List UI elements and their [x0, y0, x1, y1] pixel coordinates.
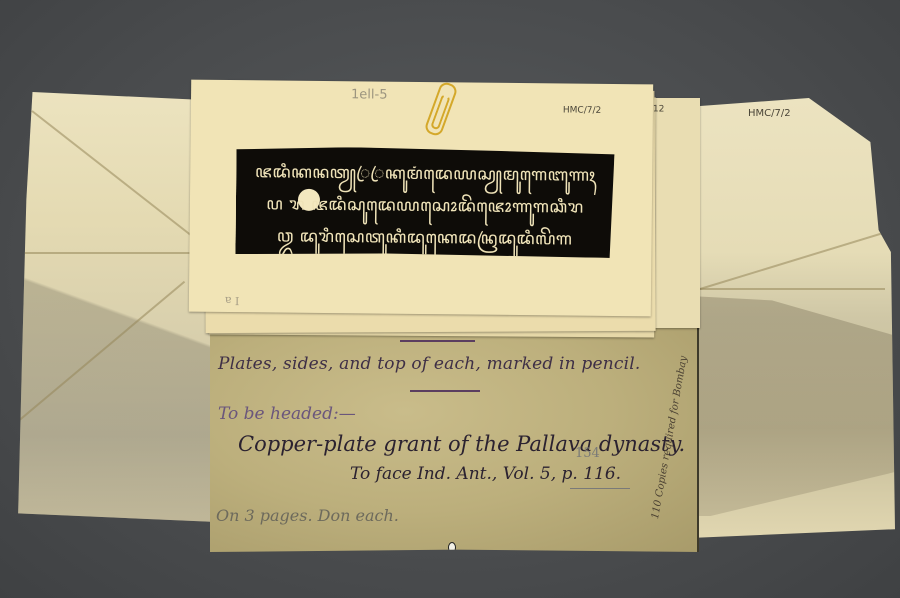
fold-crease — [20, 252, 215, 254]
wrapper-ref-number: HMC/7/2 — [748, 108, 791, 119]
pencil-corner-note: I a — [225, 294, 240, 307]
handwritten-label-envelope: Plates, sides, and top of each, marked i… — [210, 318, 699, 552]
inscription-line-3: ꦎ ꦢꦸꦫꦶꦱꦺꦠꦸꦏꦶꦢꦸꦏꦺꦢꦤꦿꦢꦸꦢꦶꦭꦼꦒ — [235, 222, 613, 261]
folded-wrapper-left-flap — [12, 92, 217, 522]
sheet-ref-edge: 12 — [653, 104, 665, 114]
label-line-to-be-headed: To be headed:— — [218, 404, 356, 424]
pencil-sheet-number: 1ell-5 — [351, 87, 388, 102]
fold-crease — [700, 288, 885, 290]
pencil-page-correction: 154 — [575, 446, 600, 461]
label-line-plates-marked: Plates, sides, and top of each, marked i… — [218, 354, 641, 374]
wrapper-shadow — [690, 296, 895, 516]
fold-crease — [700, 230, 892, 290]
label-line-title: Copper-plate grant of the Pallava dynast… — [238, 432, 685, 456]
rubbing-sheet-front: 1ell-5 HMC/7/2 12 ꦗꦢꦶꦏꦤꦠꦾꦿꦿꦏꦸꦩꦁꦢꦺꦪꦱꦾꦩꦸꦒꦺ… — [189, 80, 653, 317]
label-line-reference: To face Ind. Ant., Vol. 5, p. 116. — [350, 464, 621, 484]
copper-plate-inscription-rubbing: ꦗꦢꦶꦏꦤꦠꦾꦿꦿꦏꦸꦩꦁꦢꦺꦪꦱꦾꦩꦸꦒꦺꦧꦸꦟꦃ ꦥ ꦫ ꦗꦢꦶꦱꦸꦢꦺꦪꦱ… — [235, 146, 614, 258]
pencil-underline — [570, 488, 630, 489]
ink-rule — [410, 390, 480, 392]
pencil-note-pages: On 3 pages. Don each. — [216, 506, 399, 525]
wrapper-shadow — [12, 264, 217, 522]
fold-crease — [31, 110, 213, 253]
ink-rule — [400, 340, 475, 342]
sheet-ref-number: HMC/7/2 — [563, 105, 601, 115]
folded-wrapper-right-flap: HMC/7/2 — [690, 98, 895, 538]
